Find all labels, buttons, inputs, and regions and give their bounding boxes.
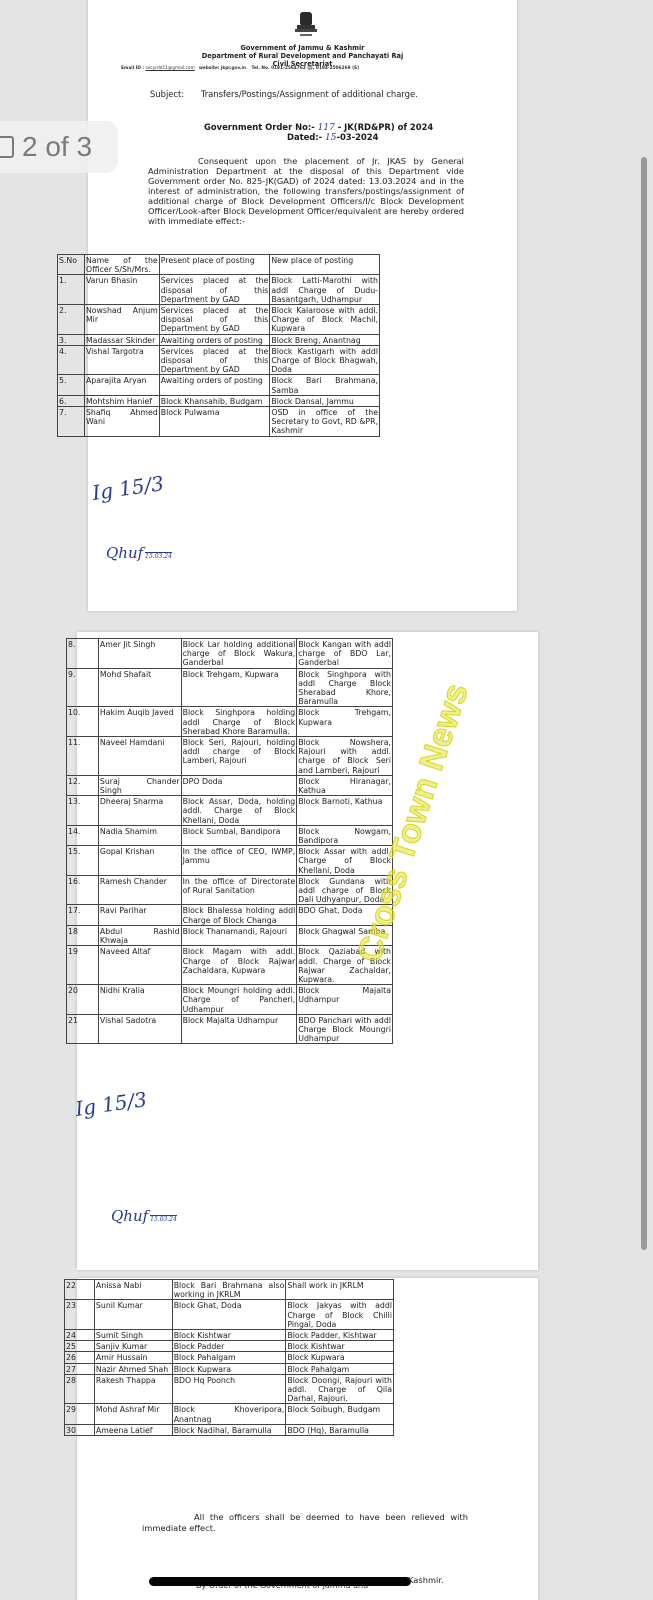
- cell-officer-name: Amer Jit Singh: [98, 639, 181, 669]
- cell-sno: 18: [67, 925, 99, 945]
- cell-sno: 2.: [58, 305, 85, 335]
- cell-sno: 25: [65, 1341, 95, 1352]
- cell-present-posting: Block Bari Brahmana also working in JKRL…: [172, 1280, 286, 1300]
- cell-present-posting: Block Kupwara: [172, 1363, 286, 1374]
- cell-sno: 26: [65, 1352, 95, 1363]
- cell-present-posting: Block Moungri holding addl. Charge of Pa…: [181, 985, 297, 1015]
- cell-present-posting: DPO Doda: [181, 775, 297, 795]
- table-row: 18Abdul Rashid KhwajaBlock Thanamandi, R…: [67, 925, 393, 945]
- cell-new-posting: Block Nowshera, Rajouri with addl. charg…: [297, 737, 393, 776]
- cell-present-posting: Block Majalta Udhampur: [181, 1014, 297, 1044]
- table-row: 8.Amer Jit SinghBlock Lar holding additi…: [67, 639, 393, 669]
- cell-officer-name: Naveel Hamdani: [98, 737, 181, 776]
- cell-new-posting: Block Pahalgam: [286, 1363, 394, 1374]
- table-row: 1.Varun BhasinServices placed at the dis…: [58, 275, 380, 305]
- table-row: 27Nazir Ahmed ShahBlock KupwaraBlock Pah…: [65, 1363, 394, 1374]
- website-link[interactable]: jkpr.gov.in: [221, 66, 246, 71]
- table-row: 29Mohd Ashraf MirBlock Khoveripora, Anan…: [65, 1404, 394, 1424]
- cell-sno: 8.: [67, 639, 99, 669]
- cell-sno: 4.: [58, 345, 85, 375]
- cell-present-posting: Block Padder: [172, 1341, 286, 1352]
- cell-present-posting: Block Lar holding additional charge of B…: [181, 639, 297, 669]
- cell-sno: 28: [65, 1374, 95, 1404]
- cell-sno: 21: [67, 1014, 99, 1044]
- header-name: Name of the Officer S/Sh/Mrs.: [84, 255, 159, 275]
- cell-new-posting: Block Singhpora with addl Charge Block S…: [297, 668, 393, 707]
- cell-present-posting: Block Trehgam, Kupwara: [181, 668, 297, 707]
- cell-new-posting: Block Assar with addl. Charge of Block K…: [297, 846, 393, 876]
- table-row: 10.Hakim Auqib JavedBlock Singhpora hold…: [67, 707, 393, 737]
- cell-new-posting: Block Nowgam, Bandipora: [297, 825, 393, 845]
- table-row: 15.Gopal KrishanIn the office of CEO, IW…: [67, 846, 393, 876]
- cell-officer-name: Mohd Ashraf Mir: [94, 1404, 172, 1424]
- cell-officer-name: Sumit Singh: [94, 1330, 172, 1341]
- cell-officer-name: Naveed Altaf: [98, 946, 181, 985]
- cell-new-posting: Block Doongi, Rajouri with addl. Charge …: [286, 1374, 394, 1404]
- cell-officer-name: Ravi Parihar: [98, 905, 181, 925]
- date-day-handwritten: 15: [325, 133, 336, 143]
- cell-present-posting: Block Sumbal, Bandipora: [181, 825, 297, 845]
- website-label: website:: [199, 66, 220, 71]
- cell-new-posting: Block Dansal, Jammu: [270, 395, 380, 406]
- table-row: 14.Nadia ShamimBlock Sumbal, BandiporaBl…: [67, 825, 393, 845]
- cell-new-posting: Block Ghagwal Samba: [297, 925, 393, 945]
- scrollbar-thumb[interactable]: [641, 157, 647, 1250]
- table-row: 3.Madassar SkinderAwaiting orders of pos…: [58, 334, 380, 345]
- signature-scrawl: Qhuf: [106, 544, 143, 562]
- cell-new-posting: Block Kalaroose with addl. Charge of Blo…: [270, 305, 380, 335]
- cell-present-posting: Block Pulwama: [159, 407, 270, 437]
- cell-new-posting: Block Breng, Anantnag: [270, 334, 380, 345]
- cell-officer-name: Vishal Targotra: [84, 345, 159, 375]
- cell-officer-name: Varun Bhasin: [84, 275, 159, 305]
- cell-present-posting: Block Seri, Rajouri, holding addl charge…: [181, 737, 297, 776]
- page-indicator: 2 of 3: [0, 121, 118, 173]
- cell-sno: 11.: [67, 737, 99, 776]
- cell-present-posting: Block Khoveripora, Anantnag: [172, 1404, 286, 1424]
- cell-present-posting: Awaiting orders of posting: [159, 334, 270, 345]
- table-row: 25Sanjiv KumarBlock PadderBlock Kishtwar: [65, 1341, 394, 1352]
- cell-sno: 3.: [58, 334, 85, 345]
- cell-officer-name: Aparajita Aryan: [84, 375, 159, 395]
- cell-new-posting: Block Kishtwar: [286, 1341, 394, 1352]
- cell-new-posting: Block Latti-Marothi with addl Charge of …: [270, 275, 380, 305]
- table-row: 22Anissa NabiBlock Bari Brahmana also wo…: [65, 1280, 394, 1300]
- cell-sno: 24: [65, 1330, 95, 1341]
- signature: Qhuf15.03.24: [106, 544, 172, 562]
- table-row: 21Vishal SadotraBlock Majalta UdhampurBD…: [67, 1014, 393, 1044]
- cell-present-posting: Services placed at the disposal of this …: [159, 345, 270, 375]
- redaction-bar: [149, 1577, 411, 1586]
- cell-officer-name: Nowshad Anjum Mir: [84, 305, 159, 335]
- cell-new-posting: Block Jakyas with addl Charge of Block C…: [286, 1300, 394, 1330]
- cell-new-posting: Block Kastigarh with addl Charge of Bloc…: [270, 345, 380, 375]
- subject-line: Subject: Transfers/Postings/Assignment o…: [150, 89, 418, 99]
- signature: Qhuf15.03.24: [111, 1207, 177, 1225]
- cell-present-posting: Block Pahalgam: [172, 1352, 286, 1363]
- cell-present-posting: In the office of CEO, IWMP, Jammu: [181, 846, 297, 876]
- cell-officer-name: Gopal Krishan: [98, 846, 181, 876]
- cell-new-posting: Block Bari Brahmana, Samba: [270, 375, 380, 395]
- cell-present-posting: Block Bhalessa holding addl Charge of Bl…: [181, 905, 297, 925]
- cell-sno: 19: [67, 946, 99, 985]
- table-row: 17.Ravi PariharBlock Bhalessa holding ad…: [67, 905, 393, 925]
- telephone: Tel. No. 0191-2564763 (J), 0194-2506269 …: [252, 66, 360, 71]
- table-row: 13.Dheeraj SharmaBlock Assar, Doda, hold…: [67, 796, 393, 826]
- cell-officer-name: Sanjiv Kumar: [94, 1341, 172, 1352]
- header-sno: S.No: [58, 255, 85, 275]
- cell-officer-name: Dheeraj Sharma: [98, 796, 181, 826]
- order-date: Dated:- 15-03-2024: [287, 132, 378, 143]
- table-row: 5.Aparajita AryanAwaiting orders of post…: [58, 375, 380, 395]
- email-label: Email ID :: [121, 66, 144, 71]
- cell-new-posting: Block Trehgam, Kupwara: [297, 707, 393, 737]
- subject-label: Subject:: [150, 89, 184, 99]
- cell-officer-name: Nadia Shamim: [98, 825, 181, 845]
- cell-sno: 23: [65, 1300, 95, 1330]
- header-new-posting: New place of posting: [270, 255, 380, 275]
- cell-sno: 29: [65, 1404, 95, 1424]
- cell-sno: 30: [65, 1424, 95, 1435]
- table-row: 11.Naveel HamdaniBlock Seri, Rajouri, ho…: [67, 737, 393, 776]
- cell-sno: 16.: [67, 875, 99, 905]
- cell-sno: 9.: [67, 668, 99, 707]
- document-icon: [0, 136, 14, 158]
- cell-new-posting: Block Kangan with addl charge of BDO Lar…: [297, 639, 393, 669]
- cell-officer-name: Sunil Kumar: [94, 1300, 172, 1330]
- cell-sno: 17.: [67, 905, 99, 925]
- cell-officer-name: Ameena Latief: [94, 1424, 172, 1435]
- header-line-2: Department of Rural Development and Panc…: [88, 52, 517, 60]
- cell-present-posting: Block Nadihal, Baramulla: [172, 1424, 286, 1435]
- cell-new-posting: Block Qaziabad with addl. Charge of Bloc…: [297, 946, 393, 985]
- cell-officer-name: Anissa Nabi: [94, 1280, 172, 1300]
- cell-new-posting: Block Kupwara: [286, 1352, 394, 1363]
- contact-line: Email ID : secyrdd11@gmail.com website: …: [121, 66, 359, 71]
- table-header-row: S.No Name of the Officer S/Sh/Mrs. Prese…: [58, 255, 380, 275]
- table-row: 23Sunil KumarBlock Ghat, DodaBlock Jakya…: [65, 1300, 394, 1330]
- cell-officer-name: Ramesh Chander: [98, 875, 181, 905]
- cell-officer-name: Hakim Auqib Javed: [98, 707, 181, 737]
- cell-officer-name: Mohd Shafait: [98, 668, 181, 707]
- cell-new-posting: Shall work in JKRLM: [286, 1280, 394, 1300]
- signature-date: 15.03.24: [150, 1215, 177, 1223]
- cell-new-posting: BDO (Hq), Baramulla: [286, 1424, 394, 1435]
- cell-sno: 6.: [58, 395, 85, 406]
- cell-sno: 20: [67, 985, 99, 1015]
- cell-sno: 5.: [58, 375, 85, 395]
- cell-present-posting: Block Singhpora holding addl Charge of B…: [181, 707, 297, 737]
- cell-officer-name: Nidhi Kralia: [98, 985, 181, 1015]
- transfers-table-page-1: S.No Name of the Officer S/Sh/Mrs. Prese…: [57, 254, 380, 437]
- cell-sno: 1.: [58, 275, 85, 305]
- cell-officer-name: Madassar Skinder: [84, 334, 159, 345]
- transfers-table-page-2: 8.Amer Jit SinghBlock Lar holding additi…: [66, 638, 393, 1044]
- closing-paragraph: All the officers shall be deemed to have…: [142, 1512, 468, 1534]
- table-row: 12.Suraj Chander SinghDPO DodaBlock Hira…: [67, 775, 393, 795]
- table-row: 24Sumit SinghBlock KishtwarBlock Padder,…: [65, 1330, 394, 1341]
- table-row: 26Amir HussainBlock PahalgamBlock Kupwar…: [65, 1352, 394, 1363]
- cell-new-posting: Block Gundana with addl charge of Block …: [297, 875, 393, 905]
- cell-officer-name: Vishal Sadotra: [98, 1014, 181, 1044]
- cell-present-posting: Block Magam with addl. Charge of Block R…: [181, 946, 297, 985]
- body-paragraph: Consequent upon the placement of Jr. JKA…: [148, 156, 464, 226]
- table-row: 2.Nowshad Anjum MirServices placed at th…: [58, 305, 380, 335]
- by-order-tail: Kashmir.: [408, 1575, 444, 1585]
- header-present-posting: Present place of posting: [159, 255, 270, 275]
- table-row: 16.Ramesh ChanderIn the office of Direct…: [67, 875, 393, 905]
- initial-signature: Ig 15/3: [74, 1087, 149, 1121]
- cell-present-posting: Block Thanamandi, Rajouri: [181, 925, 297, 945]
- page-indicator-label: 2 of 3: [22, 131, 92, 163]
- cell-officer-name: Mohtshim Hanief: [84, 395, 159, 406]
- table-row: 7.Shafiq Ahmed WaniBlock PulwamaOSD in o…: [58, 407, 380, 437]
- cell-new-posting: Block Padder, Kishtwar: [286, 1330, 394, 1341]
- cell-new-posting: Block Soibugh, Budgam: [286, 1404, 394, 1424]
- cell-present-posting: BDO Hq Poonch: [172, 1374, 286, 1404]
- cell-officer-name: Shafiq Ahmed Wani: [84, 407, 159, 437]
- table-row: 20Nidhi KraliaBlock Moungri holding addl…: [67, 985, 393, 1015]
- cell-sno: 22: [65, 1280, 95, 1300]
- table-row: 9.Mohd ShafaitBlock Trehgam, KupwaraBloc…: [67, 668, 393, 707]
- table-row: 30Ameena LatiefBlock Nadihal, BaramullaB…: [65, 1424, 394, 1435]
- cell-sno: 13.: [67, 796, 99, 826]
- state-emblem-icon: [291, 10, 321, 38]
- cell-new-posting: BDO Ghat, Doda: [297, 905, 393, 925]
- table-row: 19Naveed AltafBlock Magam with addl. Cha…: [67, 946, 393, 985]
- cell-sno: 15.: [67, 846, 99, 876]
- cell-new-posting: BDO Panchari with addl Charge Block Moun…: [297, 1014, 393, 1044]
- cell-officer-name: Nazir Ahmed Shah: [94, 1363, 172, 1374]
- initial-signature: Ig 15/3: [91, 471, 166, 505]
- signature-scrawl: Qhuf: [111, 1207, 148, 1225]
- table-row: 4.Vishal TargotraServices placed at the …: [58, 345, 380, 375]
- cell-new-posting: Block Hiranagar, Kathua: [297, 775, 393, 795]
- cell-sno: 14.: [67, 825, 99, 845]
- cell-present-posting: Block Kishtwar: [172, 1330, 286, 1341]
- email-link[interactable]: secyrdd11@gmail.com: [146, 66, 195, 71]
- cell-sno: 12.: [67, 775, 99, 795]
- cell-present-posting: Block Khansahib, Budgam: [159, 395, 270, 406]
- cell-present-posting: Services placed at the disposal of this …: [159, 275, 270, 305]
- cell-officer-name: Suraj Chander Singh: [98, 775, 181, 795]
- cell-new-posting: Block Barnoti, Kathua: [297, 796, 393, 826]
- header-line-1: Government of Jammu & Kashmir: [88, 44, 517, 52]
- cell-sno: 27: [65, 1363, 95, 1374]
- cell-present-posting: Block Ghat, Doda: [172, 1300, 286, 1330]
- transfers-table-page-3: 22Anissa NabiBlock Bari Brahmana also wo…: [64, 1279, 394, 1436]
- subject-text: Transfers/Postings/Assignment of additio…: [201, 89, 418, 99]
- cell-present-posting: In the office of Directorate of Rural Sa…: [181, 875, 297, 905]
- cell-new-posting: Block Majalta Udhampur: [297, 985, 393, 1015]
- date-suffix: -03-2024: [336, 132, 378, 142]
- table-row: 6.Mohtshim HaniefBlock Khansahib, Budgam…: [58, 395, 380, 406]
- cell-new-posting: OSD in office of the Secretary to Govt, …: [270, 407, 380, 437]
- date-prefix: Dated:-: [287, 132, 322, 142]
- cell-officer-name: Rakesh Thappa: [94, 1374, 172, 1404]
- cell-present-posting: Awaiting orders of posting: [159, 375, 270, 395]
- cell-present-posting: Services placed at the disposal of this …: [159, 305, 270, 335]
- signature-date: 15.03.24: [145, 552, 172, 560]
- cell-officer-name: Amir Hussain: [94, 1352, 172, 1363]
- cell-officer-name: Abdul Rashid Khwaja: [98, 925, 181, 945]
- cell-sno: 10.: [67, 707, 99, 737]
- order-suffix: - JK(RD&PR) of 2024: [338, 122, 433, 132]
- cell-present-posting: Block Assar, Doda, holding addl. Charge …: [181, 796, 297, 826]
- cell-sno: 7.: [58, 407, 85, 437]
- table-row: 28Rakesh ThappaBDO Hq PoonchBlock Doongi…: [65, 1374, 394, 1404]
- order-prefix: Government Order No:-: [204, 122, 315, 132]
